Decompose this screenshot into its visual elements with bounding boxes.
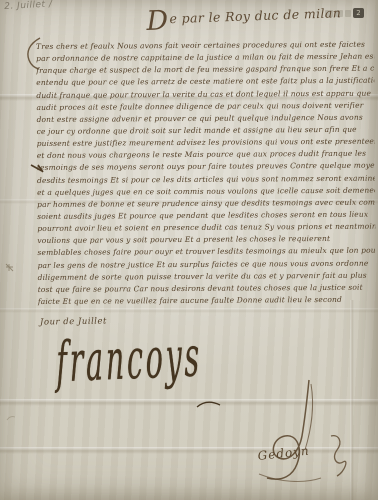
manuscript-page: 2. Juillet / 2 De par le Roy duc de mila… — [0, 0, 378, 500]
watermark-text-fragment — [345, 10, 351, 17]
heading-initial-swash: D — [146, 5, 169, 37]
heading-text: e par le Roy duc de milan — [169, 5, 341, 26]
signature-underline-flourish — [196, 398, 222, 410]
manuscript-line: faicte Et que en ce ne vueillez faire au… — [38, 294, 376, 309]
fold-crease — [0, 308, 378, 313]
document-heading: De par le Roy duc de milan — [146, 2, 342, 35]
fold-crease — [0, 447, 378, 454]
secretary-paraph-flourish — [245, 378, 367, 496]
fold-crease — [0, 399, 378, 406]
secretary-signature: Gedoyn — [257, 444, 310, 463]
fold-crease-vertical — [350, 300, 354, 500]
margin-asterisk-icon — [5, 263, 14, 272]
pencil-date-note: 2. Juillet / — [4, 0, 53, 12]
king-signature: francoys — [56, 325, 202, 396]
dateline: Jour de Juillet — [40, 316, 107, 327]
margin-faint-mark — [6, 414, 16, 422]
watermark-badge: 2 — [353, 8, 364, 18]
letter-body: Tres chers et feaulx Nous avons fait veo… — [36, 39, 376, 308]
